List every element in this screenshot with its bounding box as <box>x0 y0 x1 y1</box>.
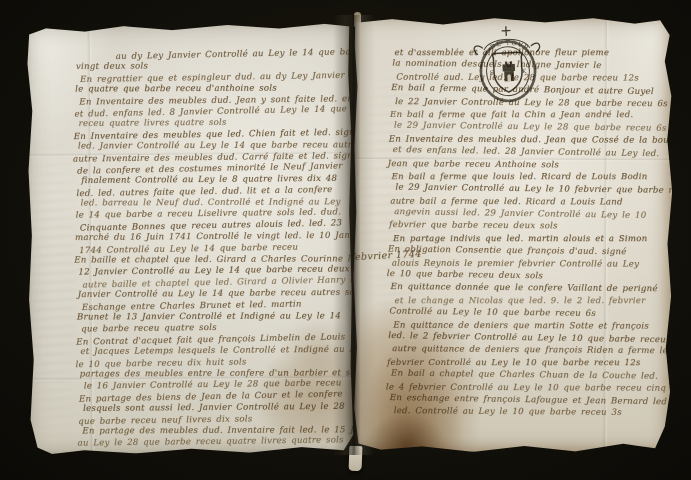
binding-tab-bottom <box>349 446 363 471</box>
stamp-letter-left: S <box>490 71 494 77</box>
manuscript-text-line: En quittance donnée que le confere Vaill… <box>391 281 665 296</box>
water-stain <box>366 411 446 466</box>
archive-photo-background: au dy Ley Janvier Controllé au Ley le 14… <box>0 0 691 480</box>
manuscript-text-line: febvrier que barbe receu deux sols <box>389 219 665 234</box>
manuscript-text-line: Jean que barbe receu Anthoine sols <box>387 157 665 172</box>
verso-ink-showthrough <box>29 140 79 440</box>
manuscript-right-page: et d'assemblée et alli apollonore fleur … <box>352 16 673 452</box>
generalite-ink-stamp-icon: DE TOVRS S K <box>462 23 554 109</box>
left-page-text: au dy Ley Janvier Controllé au Ley le 14… <box>72 48 359 450</box>
manuscript-text-line: led. Controllé au Ley le 10 que barbe re… <box>394 405 664 420</box>
manuscript-text-line: au Ley le 28 que barbe receu quatre livr… <box>77 435 358 450</box>
stamp-letter-right: K <box>522 69 527 75</box>
manuscript-left-page: au dy Ley Janvier Controllé au Ley le 14… <box>27 23 354 454</box>
manuscript-text-line: autre quittance de deniers que françois … <box>392 343 664 358</box>
